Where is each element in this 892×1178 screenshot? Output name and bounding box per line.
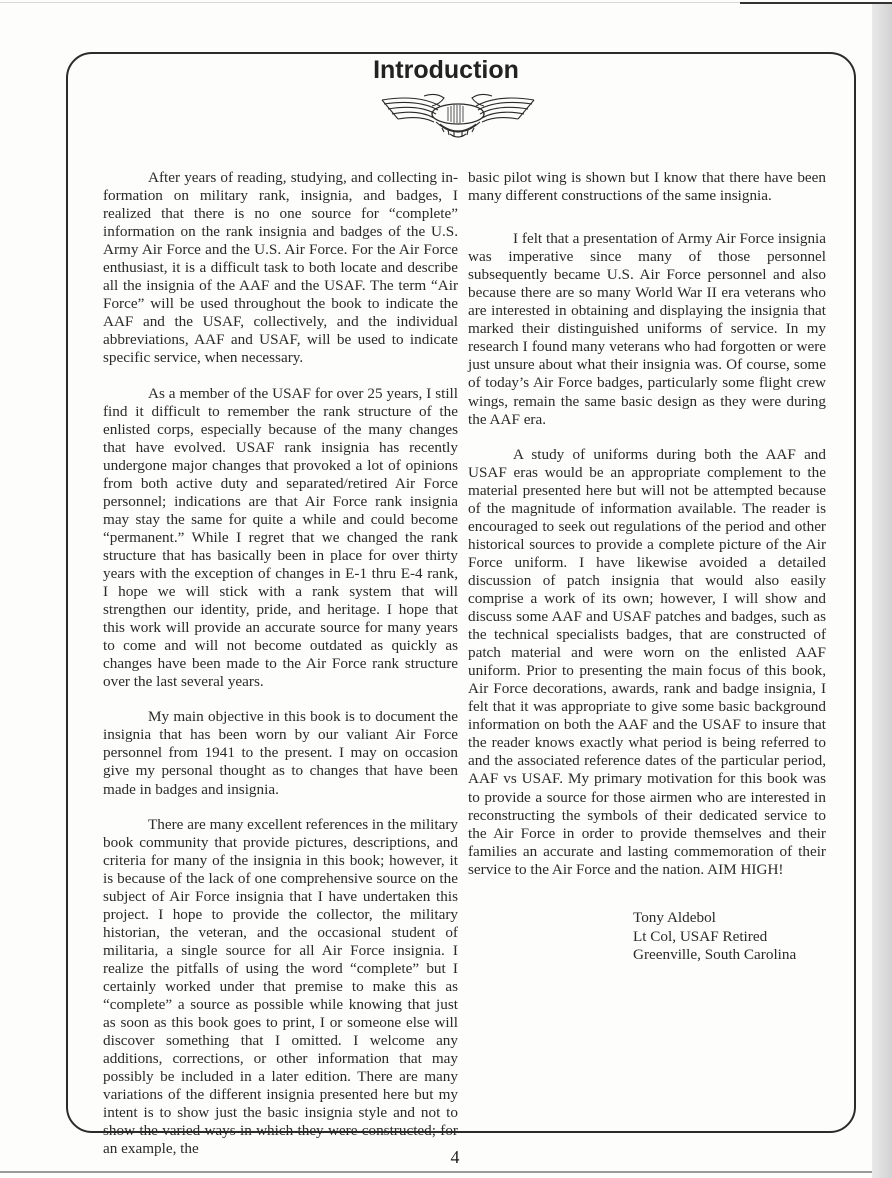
author-location: Greenville, South Carolina — [633, 946, 796, 965]
intro-paragraph-1: After years of reading, studying, and co… — [103, 169, 458, 368]
author-name: Tony Aldebol — [633, 909, 796, 928]
author-signature: Tony Aldebol Lt Col, USAF Retired Greenv… — [633, 909, 796, 965]
author-rank: Lt Col, USAF Retired — [633, 928, 796, 947]
intro-paragraph-4: There are many excellent references in t… — [103, 816, 458, 1159]
pilot-wings-icon — [378, 90, 538, 142]
page-title: Introduction — [0, 56, 892, 85]
page-number: 4 — [0, 1147, 892, 1168]
intro-paragraph-2: As a member of the USAF for over 25 year… — [103, 385, 458, 692]
scan-edge-top-faint — [0, 2, 740, 3]
intro-paragraph-5: I felt that a presentation of Army Air F… — [468, 230, 826, 429]
intro-paragraph-3: My main objective in this book is to doc… — [103, 708, 458, 798]
scan-edge-right — [872, 4, 892, 1178]
scan-edge-top — [740, 2, 892, 4]
intro-paragraph-4-continued: basic pilot wing is shown but I know tha… — [468, 169, 826, 205]
right-text-column: basic pilot wing is shown but I know tha… — [468, 169, 826, 896]
left-text-column: After years of reading, studying, and co… — [103, 169, 458, 1175]
intro-paragraph-6: A study of uniforms during both the AAF … — [468, 446, 826, 879]
